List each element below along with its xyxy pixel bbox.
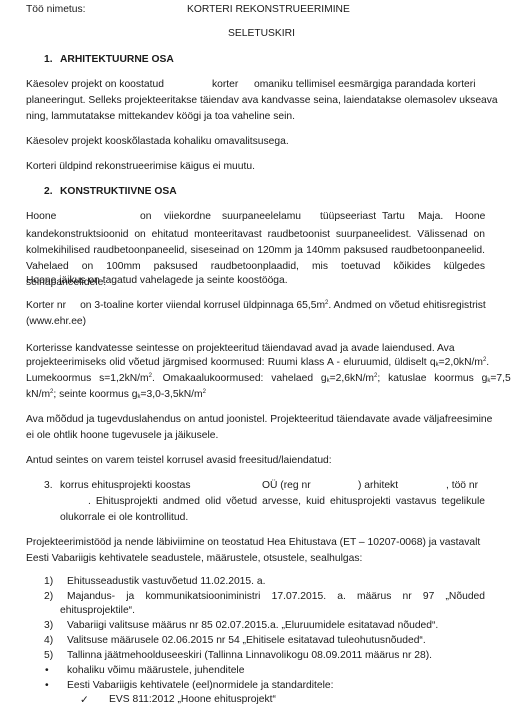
s2-p1-w4: tüüpseeriast [320, 211, 376, 222]
bullet-icon: • [45, 680, 49, 691]
s2-p3-line3: Lumekoormus s=1,2kN/m2. Omakaalukoormuse… [26, 373, 511, 384]
work-name-value: KORTERI REKONSTRUEERIMINE [187, 4, 350, 15]
s1-p1-part-a: Käesolev projekt on koostatud [26, 79, 164, 90]
s2-p3-line2: projekteerimiseks olid võetud järgmised … [26, 357, 489, 368]
reg-3-text: Vabariigi valitsuse määrus nr 85 02.07.2… [67, 620, 438, 631]
s2-p1-w2: viiekordne [164, 211, 211, 222]
s2-paragraph-5: Antud seintes on varem teistel korrusel … [26, 455, 332, 466]
item-3-part-a: korrus ehitusprojekti koostas [60, 480, 191, 491]
section-1-title: ARHITEKTUURNE OSA [60, 54, 174, 65]
section-1-number: 1. [44, 54, 53, 65]
reg-1-text: Ehitusseadustik vastuvõetud 11.02.2015. … [67, 576, 265, 587]
reg-2-text: Majandus- ja kommunikatsiooniministri 17… [67, 591, 485, 602]
s2-p1-w1: on [140, 211, 151, 222]
reg-5-marker: 5) [44, 650, 53, 661]
s1-p1-part-c: omaniku tellimisel eesmärgiga parandada … [254, 79, 476, 90]
ehr-link-text: (www.ehr.ee) [26, 316, 86, 327]
bullet-icon: • [45, 665, 49, 676]
item-3-part-c: ) arhitekt [358, 480, 398, 491]
apartment-description: on 3-toaline korter viiendal korrusel ül… [80, 300, 325, 311]
work-name-label: Töö nimetus: [26, 4, 86, 15]
section-2-number: 2. [44, 186, 53, 197]
s1-p1-line2: planeeringut. Selleks projekteeritakse t… [26, 95, 498, 106]
s1-p1-line3: ning, lammutatakse mittekandev köögi ja … [26, 111, 295, 122]
reg-1-marker: 1) [44, 576, 53, 587]
standard-1-text: EVS 811:2012 „Hoone ehitusprojekt“ [109, 694, 276, 705]
checkmark-icon: ✓ [80, 694, 89, 706]
s2-p1-last-line: Hoone jäikus on tagatud vahelagede ja se… [26, 275, 288, 286]
section-2-title: KONSTRUKTIIVNE OSA [60, 186, 177, 197]
s2-p6-line2: Eesti Vabariigis kehtivatele seadustele,… [26, 553, 362, 564]
reg-7-text: Eesti Vabariigis kehtivatele (eel)normid… [67, 680, 334, 691]
reg-2-marker: 2) [44, 591, 53, 602]
s2-p4-line1: Ava mõõdud ja tugevduslahendus on antud … [26, 414, 492, 425]
s1-p1-part-b: korter [212, 79, 238, 90]
s1-paragraph-3: Korteri üldpind rekonstrueerimise käigus… [26, 161, 255, 172]
apartment-nr-label: Korter nr [26, 300, 66, 311]
s2-p3-line4: kN/m2; seinte koormus gk=3,0-3,5kN/m2 [26, 389, 206, 400]
s2-p3-line1: Korterisse kandvatesse seintesse on proj… [26, 341, 485, 357]
reg-4-text: Valitsuse määrusele 02.06.2015 nr 54 „Eh… [67, 635, 426, 646]
s2-p2-line1: Korter nron 3-toaline korter viiendal ko… [26, 300, 486, 311]
s2-p1-w5: Tartu [382, 211, 405, 222]
document-title: SELETUSKIRI [228, 28, 295, 39]
s2-p1-w0: Hoone [26, 211, 56, 222]
reg-6-text: kohaliku võimu määrustele, juhenditele [67, 665, 244, 676]
item-3-part-d: , töö nr [446, 480, 478, 491]
reg-3-marker: 3) [44, 620, 53, 631]
reg-5-text: Tallinna jäätmehoolduseeskiri (Tallinna … [67, 650, 432, 661]
s2-p6-line1: Projekteerimistööd ja nende läbiviimine … [26, 537, 480, 548]
item-3-part-b: OÜ (reg nr [262, 480, 311, 491]
item-3-line3: olukorrale ei ole kontrollitud. [60, 512, 188, 523]
s2-p1-w7: Hoone [455, 211, 485, 222]
reg-2-text-cont: ehitusprojektile“. [60, 605, 135, 616]
item-3-number: 3. [44, 480, 53, 491]
s2-p4-line2: ei ole ohtlik hoone tugevusele ja jäikus… [26, 430, 218, 441]
item-3-line2: . Ehitusprojekti andmed olid võetud arve… [88, 496, 485, 507]
s2-p1-w6: Maja. [418, 211, 443, 222]
s2-p1-w3: suurpaneelelamu [222, 211, 301, 222]
reg-4-marker: 4) [44, 635, 53, 646]
s1-paragraph-2: Käesolev projekt kooskõlastada kohaliku … [26, 136, 289, 147]
